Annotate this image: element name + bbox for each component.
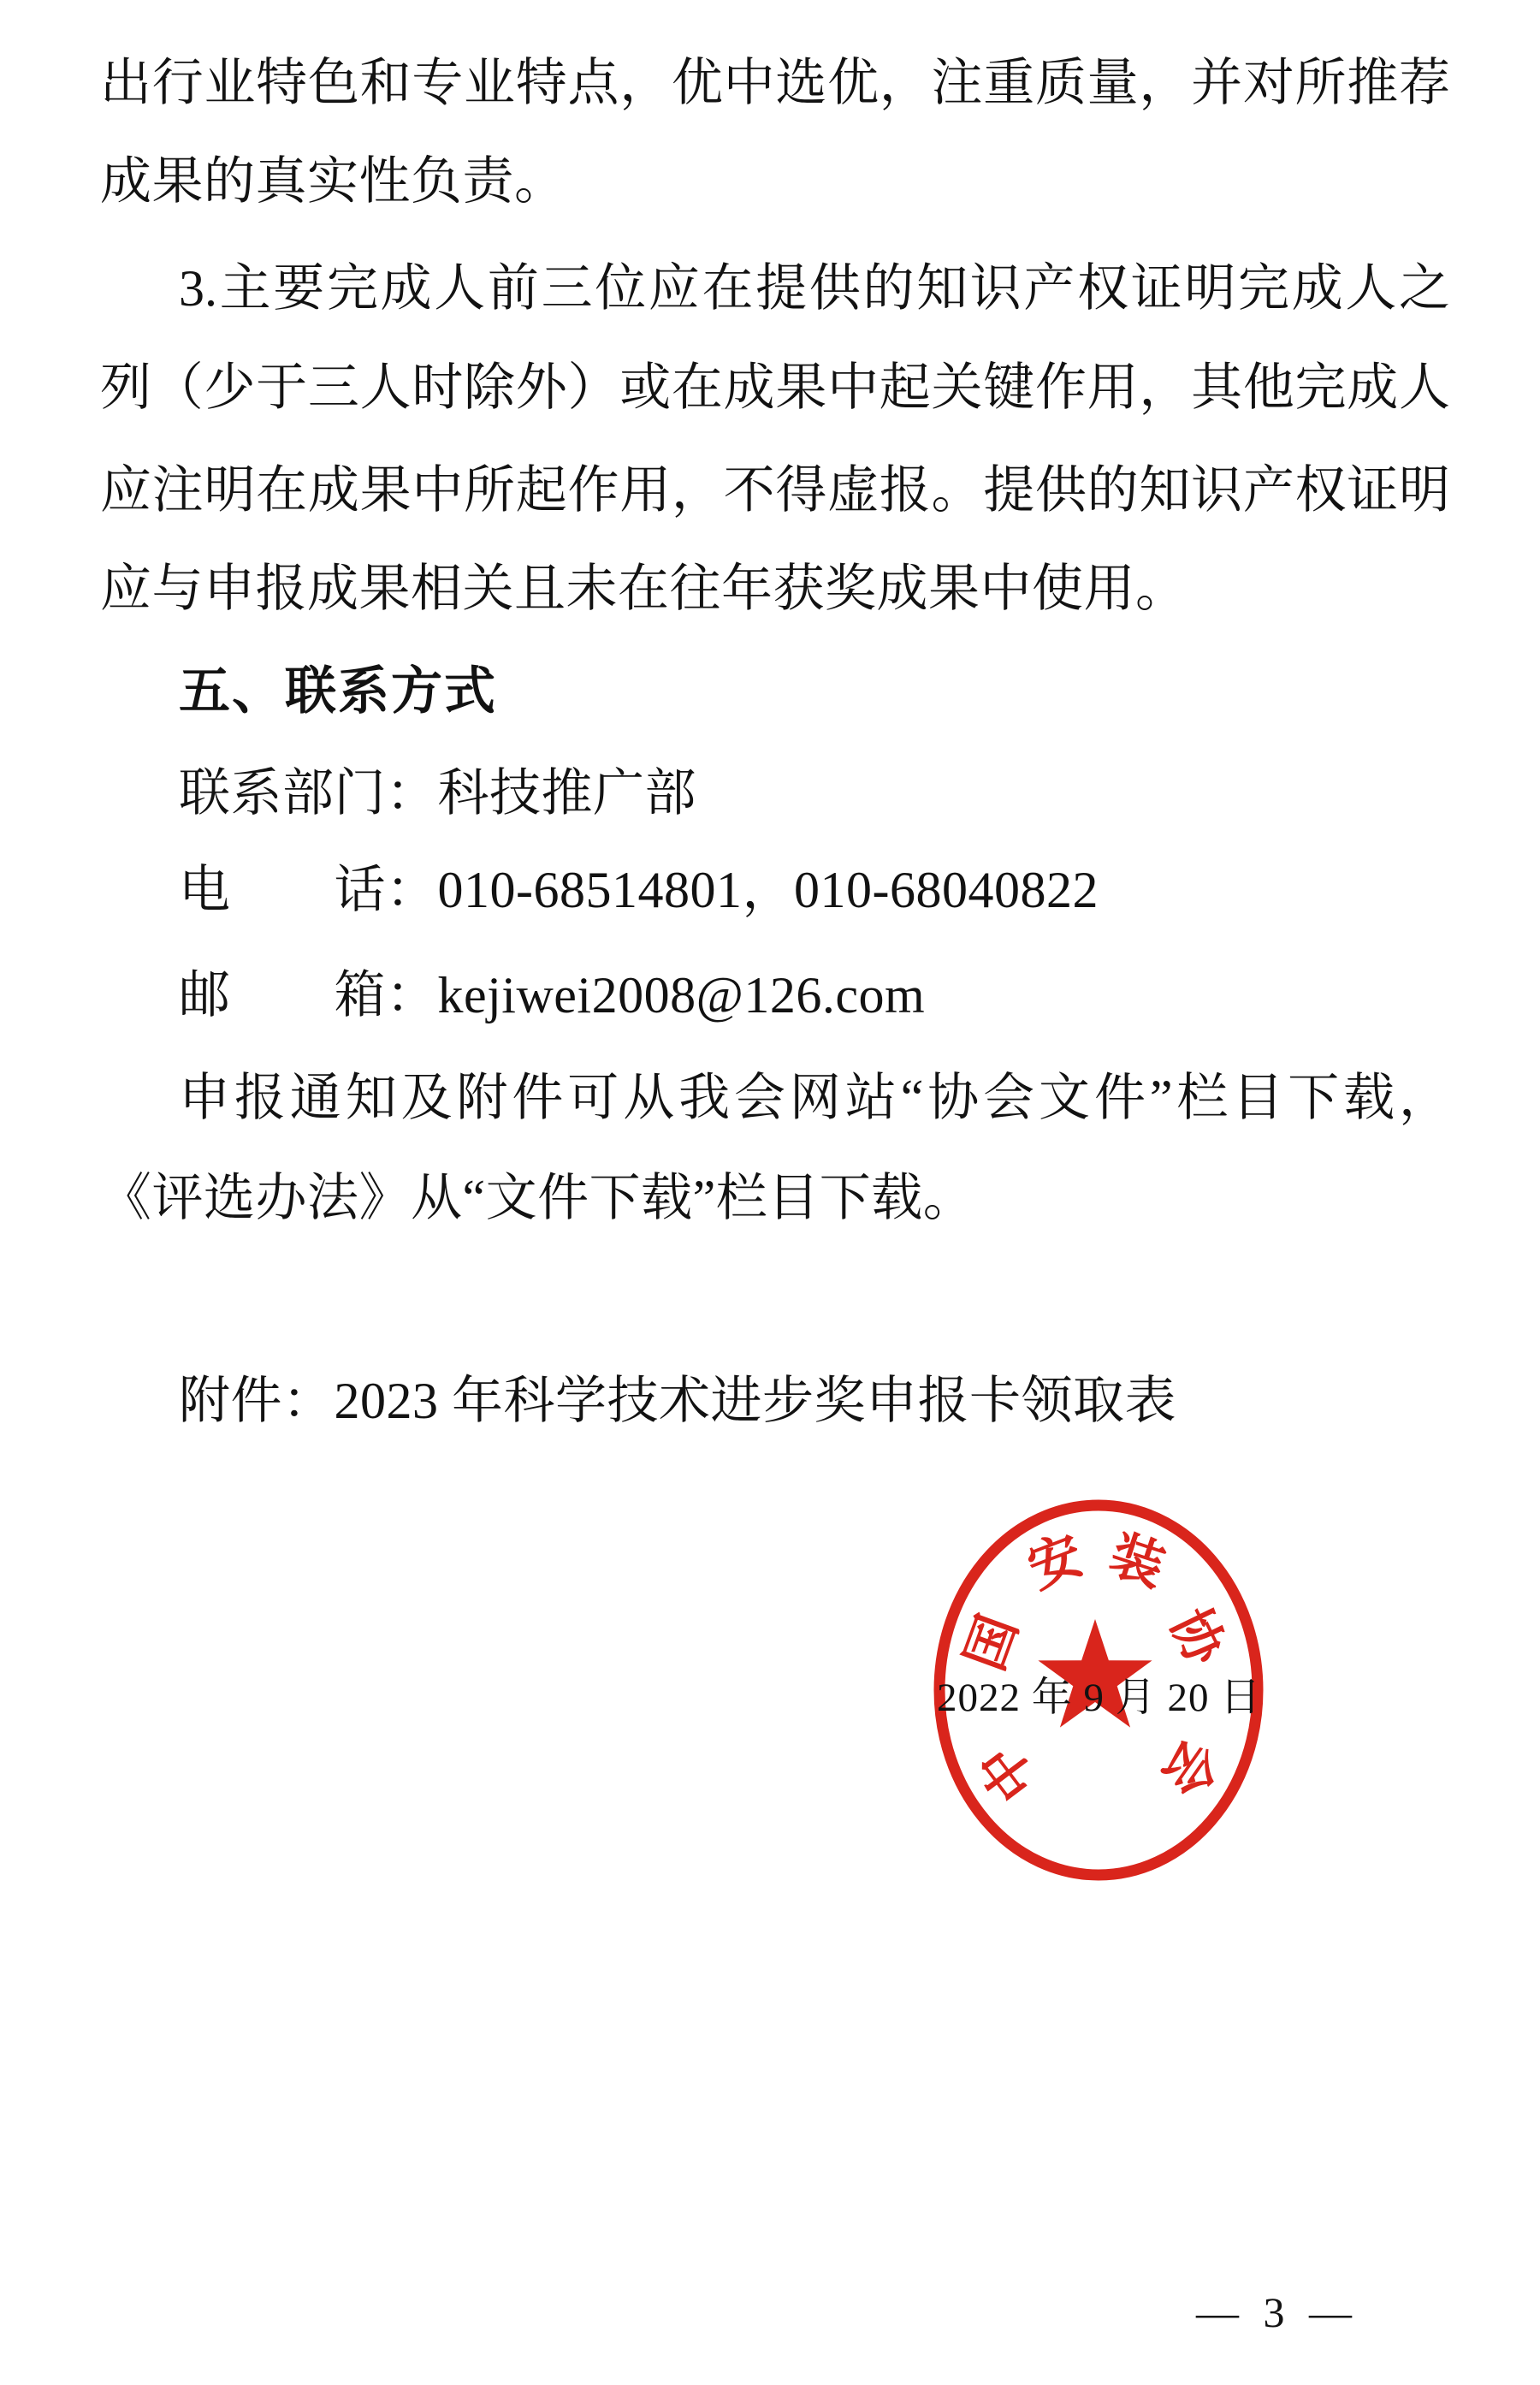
date-line: 2022 年 9 月 20 日 xyxy=(937,1670,1261,1725)
text-line: 列（少于三人时除外）或在成果中起关键作用，其他完成人 xyxy=(100,357,1450,418)
seal-char: 安 xyxy=(1021,1525,1092,1599)
seal-char: 中 xyxy=(969,1734,1048,1811)
text-line: 申报通知及附件可从我会网站“协会文件”栏目下载， xyxy=(100,1067,1450,1129)
text-line: 应与申报成果相关且未在往年获奖成果中使用。 xyxy=(100,558,1450,620)
text-line: 出行业特色和专业特点，优中选优，注重质量，并对所推荐 xyxy=(100,52,1450,114)
text-line: 《评选办法》从“文件下载”栏目下载。 xyxy=(100,1167,1450,1229)
section-heading: 五、联系方式 xyxy=(100,661,1450,722)
seal-char: 协 xyxy=(1159,1600,1235,1675)
document-page: 出行业特色和专业特点，优中选优，注重质量，并对所推荐 成果的真实性负责。 3.主… xyxy=(0,0,1540,2385)
text-line: 成果的真实性负责。 xyxy=(100,151,1450,212)
contact-phone-line: 电 话：010-68514801，010-68040822 xyxy=(100,859,1450,921)
contact-department-line: 联系部门：科技推广部 xyxy=(100,762,1450,824)
text-line: 3.主要完成人前三位应在提供的知识产权证明完成人之 xyxy=(100,258,1450,319)
page-number: — 3 — xyxy=(1196,2285,1359,2340)
attachment-line: 附件：2023 年科学技术进步奖申报卡领取表 xyxy=(100,1370,1450,1432)
contact-email-line: 邮 箱：kejiwei2008@126.com xyxy=(100,964,1450,1026)
seal-char: 会 xyxy=(1150,1729,1229,1806)
seal-char: 国 xyxy=(956,1608,1028,1678)
text-line: 应注明在成果中所起作用，不得虚报。提供的知识产权证明 xyxy=(100,460,1450,521)
seal-char: 装 xyxy=(1103,1526,1171,1598)
